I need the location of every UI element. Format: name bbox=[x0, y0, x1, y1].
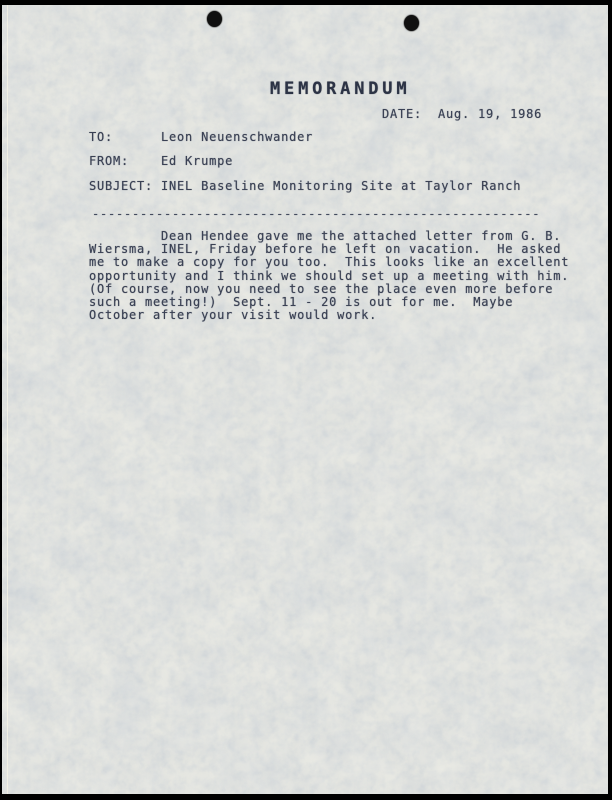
memo-field-from: FROM: Ed Krumpe bbox=[89, 155, 233, 168]
paper-fold-line bbox=[7, 5, 8, 794]
memo-title: MEMORANDUM bbox=[270, 83, 410, 96]
memo-date-line: DATE: Aug. 19, 1986 bbox=[382, 108, 542, 121]
memo-body-paragraph: Dean Hendee gave me the attached letter … bbox=[89, 230, 569, 322]
hole-punch-right-icon bbox=[404, 15, 419, 31]
paper-sheet: MEMORANDUM DATE: Aug. 19, 1986 TO: Leon … bbox=[2, 5, 608, 794]
paper-texture bbox=[2, 5, 608, 794]
memo-field-subject: SUBJECT: INEL Baseline Monitoring Site a… bbox=[89, 180, 521, 193]
hole-punch-left-icon bbox=[207, 11, 222, 27]
memo-field-to: TO: Leon Neuenschwander bbox=[89, 131, 313, 144]
scanned-memo-page: MEMORANDUM DATE: Aug. 19, 1986 TO: Leon … bbox=[0, 0, 612, 800]
separator-dashes: ----------------------------------------… bbox=[92, 208, 540, 221]
